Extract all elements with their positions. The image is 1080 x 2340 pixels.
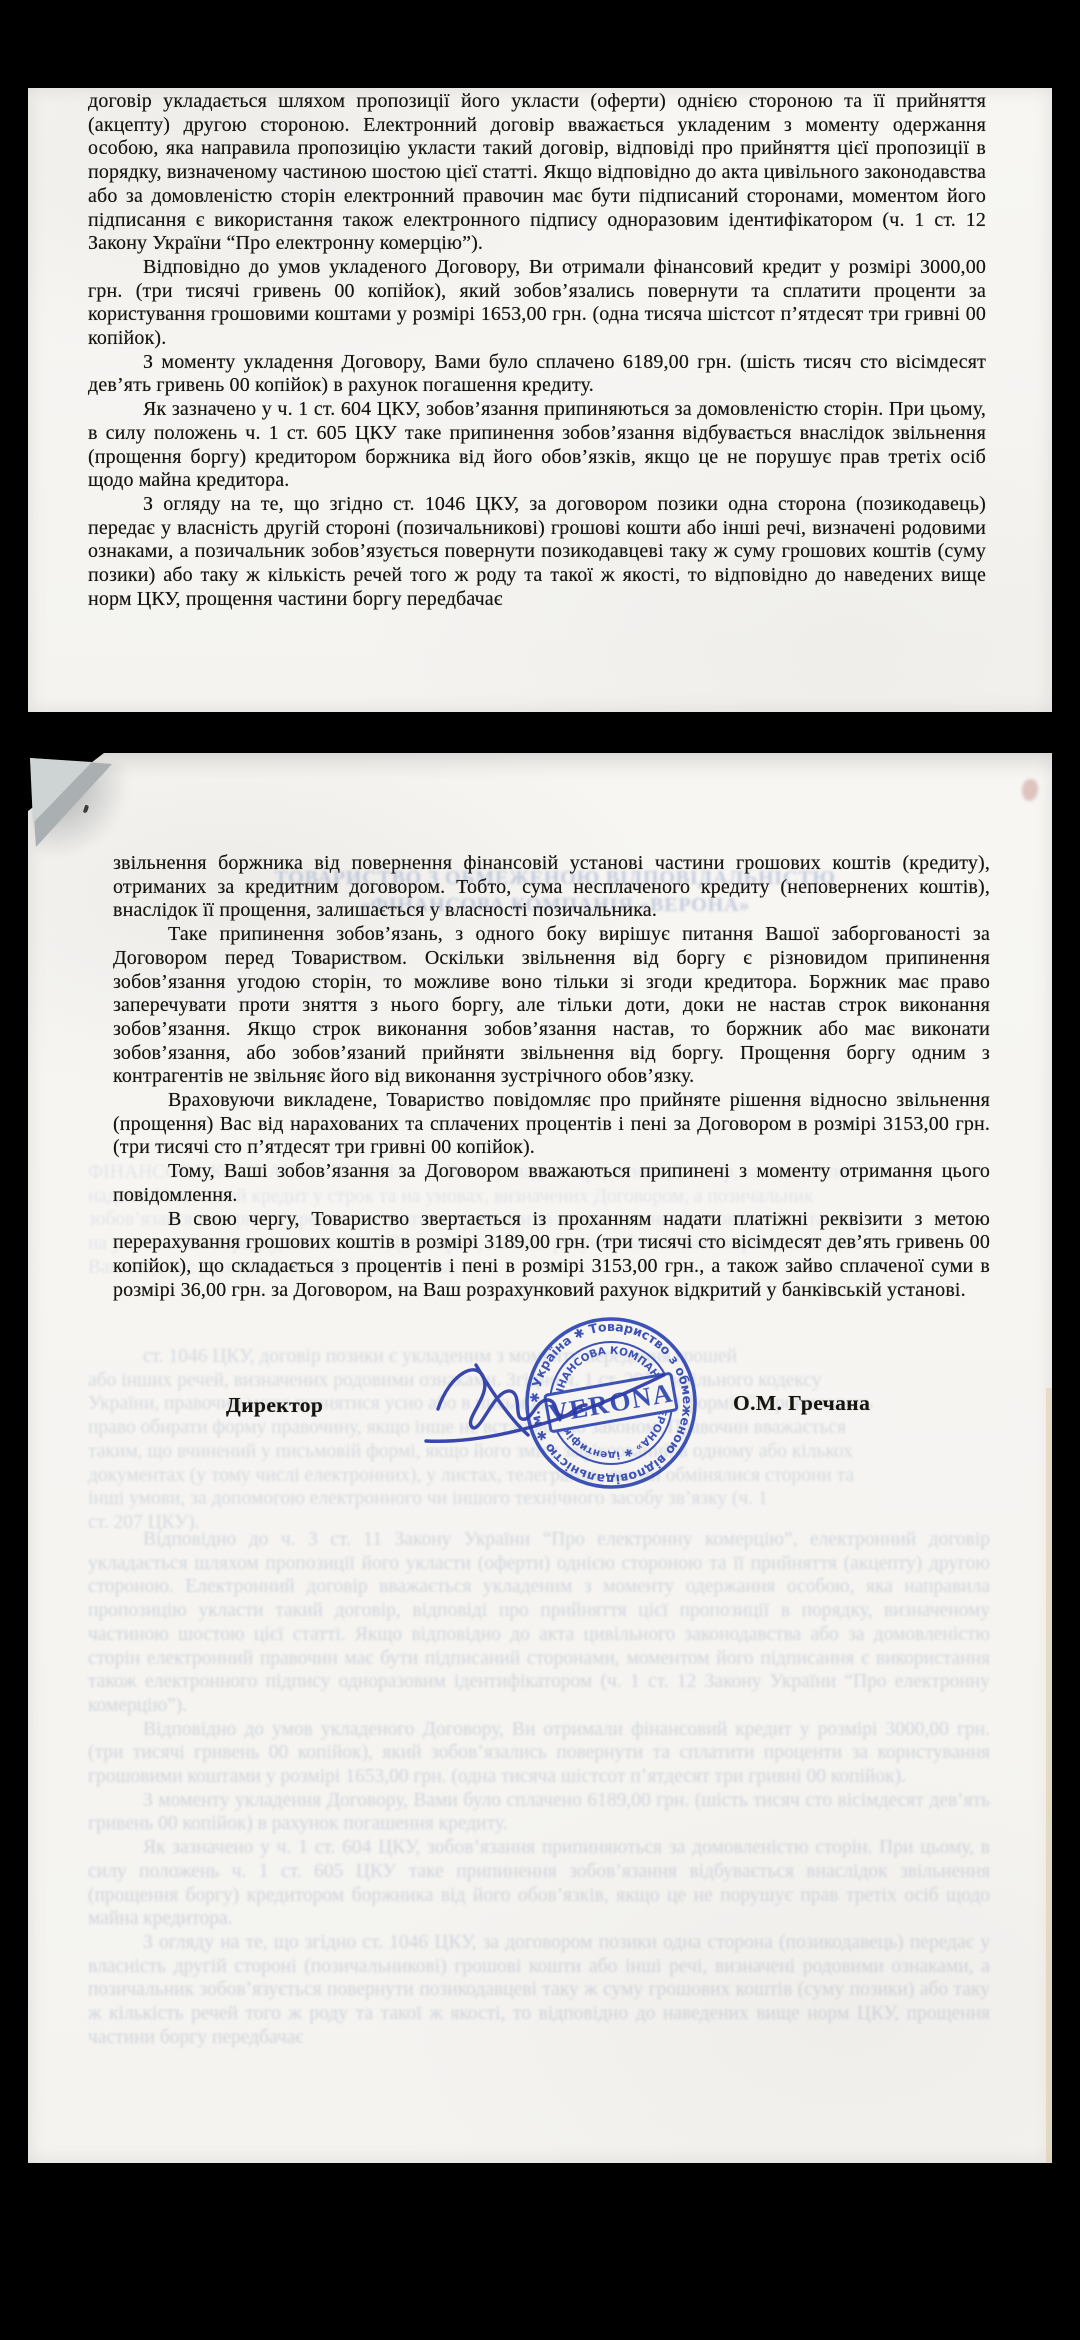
page1-text-block: договір укладається шляхом пропозиції йо… [88,90,986,611]
scanned-page-1: договір укладається шляхом пропозиції йо… [28,88,1052,712]
page2-paragraph-4: Тому, Ваші зобов’язання за Договором вва… [113,1160,990,1207]
pink-smudge [1022,779,1038,801]
page2-paragraph-5: В свою чергу, Товариство звертається із … [113,1208,990,1303]
signature-strokes [426,1365,664,1441]
bleedthrough-lower-paragraph: Відповідно до умов укладеного Договору, … [88,1718,990,1789]
page2-text-block: звільнення боржника від повернення фінан… [113,852,990,1302]
scan-edge-tint [1046,1388,1052,2164]
page2-paragraph-1: звільнення боржника від повернення фінан… [113,852,990,923]
bleedthrough-lower-paragraph: Як зазначено у ч. 1 ст. 604 ЦКУ, зобов’я… [88,1836,990,1931]
bleedthrough-lower-paragraph: З огляду на те, що згідно ст. 1046 ЦКУ, … [88,1931,990,2050]
page1-paragraph-2: Відповідно до умов укладеного Договору, … [88,256,986,351]
handwritten-signature [420,1345,680,1455]
page1-paragraph-4: Як зазначено у ч. 1 ст. 604 ЦКУ, зобов’я… [88,398,986,493]
page1-paragraph-5: З огляду на те, що згідно ст. 1046 ЦКУ, … [88,493,986,612]
page2-paragraph-3: Враховуючи викладене, Товариство повідом… [113,1089,990,1160]
scanned-page-2: ТОВАРИСТВО З ОБМЕЖЕНОЮ ВІДПОВІДАЛЬНІСТЮ … [28,753,1052,2163]
bleedthrough-lower-paragraph: З моменту укладення Договору, Вами було … [88,1789,990,1836]
director-title-label: Директор [226,1393,323,1418]
page1-paragraph-1: договір укладається шляхом пропозиції йо… [88,90,986,256]
bleedthrough-lower-paragraph: Відповідно до ч. 3 ст. 11 Закону України… [88,1528,990,1718]
scanned-letter-canvas: { "document": { "language": "uk", "page1… [0,0,1080,2340]
bleedthrough-lower-block: Відповідно до ч. 3 ст. 11 Закону України… [88,1528,990,2049]
page1-paragraph-3: З моменту укладення Договору, Вами було … [88,351,986,398]
page2-paragraph-2: Таке припинення зобов’язань, з одного бо… [113,923,990,1089]
signatory-name-label: О.М. Гречана [733,1391,870,1416]
